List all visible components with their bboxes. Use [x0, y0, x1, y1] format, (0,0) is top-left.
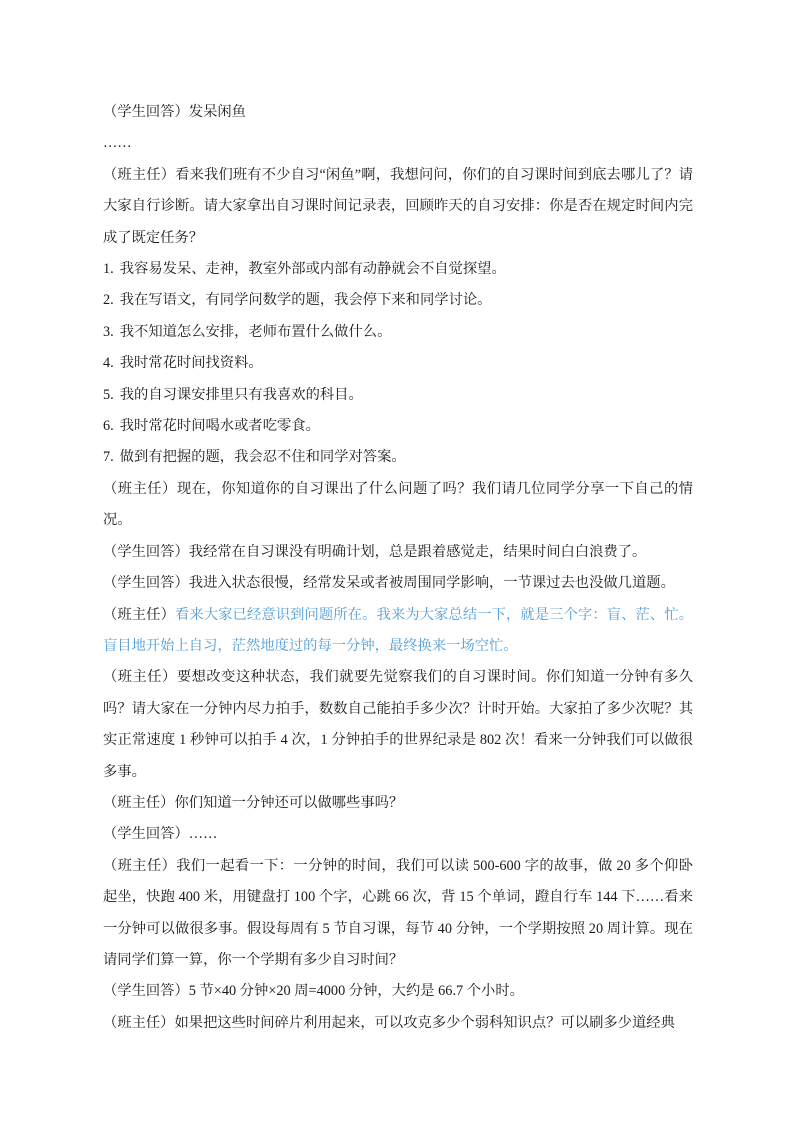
paragraph-text: 我经常在自习课没有明确计划，总是跟着感觉走，结果时间白白浪费了。 [189, 544, 647, 560]
self-check-item-7: 7.做到有把握的题，我会忍不住和同学对答案。 [103, 442, 693, 473]
speaker-label: （学生回答） [103, 826, 189, 842]
item-number: 7. [103, 449, 114, 465]
speaker-label: （班主任） [103, 1015, 174, 1031]
item-text: 做到有把握的题，我会忍不住和同学对答案。 [120, 449, 406, 465]
document-page: （学生回答）发呆闲鱼 …… （班主任）看来我们班有不少自习“闲鱼”啊，我想问问，… [0, 0, 793, 1122]
paragraph-text: 我进入状态很慢，经常发呆或者被周围同学影响，一节课过去也没做几道题。 [189, 575, 675, 591]
paragraph-text: 我们一起看一下：一分钟的时间，我们可以读 500-600 字的故事，做 20 多… [103, 858, 693, 968]
ellipsis-line: …… [103, 128, 693, 159]
item-number: 5. [103, 387, 114, 403]
item-number: 6. [103, 418, 114, 434]
speaker-label: （学生回答） [103, 104, 189, 120]
item-number: 4. [103, 355, 114, 371]
paragraph-text: 你们知道一分钟还可以做哪些事吗？ [174, 795, 403, 811]
paragraph-text: …… [103, 135, 132, 151]
student-answer-daydream: （学生回答）发呆闲鱼 [103, 97, 693, 128]
teacher-one-minute-question: （班主任）你们知道一分钟还可以做哪些事吗？ [103, 788, 693, 819]
speaker-label: （学生回答） [103, 575, 189, 591]
paragraph-text: 5 节×40 分钟×20 周=4000 分钟，大约是 66.7 个小时。 [189, 983, 524, 999]
item-number: 2. [103, 292, 114, 308]
teacher-fragment-time-question: （班主任）如果把这些时间碎片利用起来，可以攻克多少个弱科知识点？可以刷多少道经典 [103, 1008, 693, 1039]
highlighted-paragraph-text: 看来大家已经意识到问题所在。我来为大家总结一下，就是三个字：盲、茫、忙。盲目地开… [103, 607, 693, 654]
self-check-item-4: 4.我时常花时间找资料。 [103, 348, 693, 379]
teacher-summary-three-words: （班主任）看来大家已经意识到问题所在。我来为大家总结一下，就是三个字：盲、茫、忙… [103, 600, 693, 663]
item-number: 1. [103, 261, 114, 277]
speaker-label: （班主任） [103, 167, 175, 183]
speaker-label: （学生回答） [103, 544, 189, 560]
speaker-label: （班主任） [103, 795, 174, 811]
paragraph-text: 发呆闲鱼 [189, 104, 246, 120]
paragraph-text: 要想改变这种状态，我们就要先觉察我们的自习课时间。你们知道一分钟有多久吗？请大家… [103, 669, 693, 779]
speaker-label: （学生回答） [103, 983, 189, 999]
speaker-label: （班主任） [103, 607, 175, 623]
teacher-intro-idle-fish: （班主任）看来我们班有不少自习“闲鱼”啊，我想问问，你们的自习课时间到底去哪儿了… [103, 160, 693, 254]
speaker-label: （班主任） [103, 858, 176, 874]
item-number: 3. [103, 324, 114, 340]
item-text: 我时常花时间喝水或者吃零食。 [120, 418, 320, 434]
teacher-one-minute-clap: （班主任）要想改变这种状态，我们就要先觉察我们的自习课时间。你们知道一分钟有多久… [103, 662, 693, 788]
self-check-item-6: 6.我时常花时间喝水或者吃零食。 [103, 411, 693, 442]
self-check-item-1: 1.我容易发呆、走神，教室外部或内部有动静就会不自觉探望。 [103, 254, 693, 285]
student-answer-ellipsis: （学生回答）…… [103, 819, 693, 850]
teacher-question-problems: （班主任）现在，你知道你的自习课出了什么问题了吗？我们请几位同学分享一下自己的情… [103, 474, 693, 537]
item-text: 我容易发呆、走神，教室外部或内部有动静就会不自觉探望。 [120, 261, 506, 277]
item-text: 我时常花时间找资料。 [120, 355, 263, 371]
self-check-item-3: 3.我不知道怎么安排，老师布置什么做什么。 [103, 317, 693, 348]
student-answer-slow-start: （学生回答）我进入状态很慢，经常发呆或者被周围同学影响，一节课过去也没做几道题。 [103, 568, 693, 599]
paragraph-text: 如果把这些时间碎片利用起来，可以攻克多少个弱科知识点？可以刷多少道经典 [174, 1015, 674, 1031]
teacher-one-minute-facts: （班主任）我们一起看一下：一分钟的时间，我们可以读 500-600 字的故事，做… [103, 851, 693, 977]
paragraph-text: …… [189, 826, 218, 842]
speaker-label: （班主任） [103, 669, 177, 685]
self-check-item-5: 5.我的自习课安排里只有我喜欢的科目。 [103, 380, 693, 411]
item-text: 我的自习课安排里只有我喜欢的科目。 [120, 387, 363, 403]
speaker-label: （班主任） [103, 481, 177, 497]
paragraph-text: 现在，你知道你的自习课出了什么问题了吗？我们请几位同学分享一下自己的情况。 [103, 481, 693, 528]
paragraph-text: 看来我们班有不少自习“闲鱼”啊，我想问问，你们的自习课时间到底去哪儿了？请大家自… [103, 167, 693, 246]
self-check-item-2: 2.我在写语文，有同学问数学的题，我会停下来和同学讨论。 [103, 285, 693, 316]
student-answer-no-plan: （学生回答）我经常在自习课没有明确计划，总是跟着感觉走，结果时间白白浪费了。 [103, 537, 693, 568]
student-answer-calculation: （学生回答）5 节×40 分钟×20 周=4000 分钟，大约是 66.7 个小… [103, 976, 693, 1007]
item-text: 我在写语文，有同学问数学的题，我会停下来和同学讨论。 [120, 292, 492, 308]
item-text: 我不知道怎么安排，老师布置什么做什么。 [120, 324, 392, 340]
